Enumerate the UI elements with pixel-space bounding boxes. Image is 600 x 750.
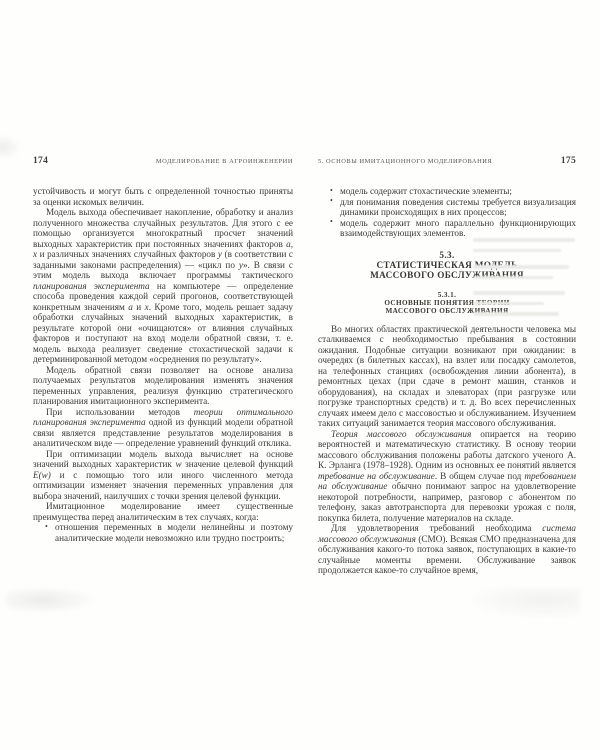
text-segment-italic: требование на обслуживание bbox=[318, 471, 435, 481]
text-segment: для понимания поведения системы требуетс… bbox=[340, 197, 576, 218]
bullet-item: •для понимания поведения системы требует… bbox=[328, 197, 576, 218]
text-segment: модель содержит много параллельно функци… bbox=[340, 218, 576, 239]
section-heading: 5.3. СТАТИСТИЧЕСКАЯ МОДЕЛЬ МАССОВОГО ОБС… bbox=[318, 250, 576, 280]
paragraph: Модель обратной связи позволяет на основ… bbox=[33, 365, 293, 407]
bullet-item: •отношения переменных в модели нелинейны… bbox=[43, 522, 293, 543]
right-running-head: 5. ОСНОВЫ ИМИТАЦИОННОГО МОДЕЛИРОВАНИЯ 17… bbox=[318, 156, 576, 167]
bullet-marker-icon: • bbox=[330, 217, 333, 228]
text-segment: При использовании методов bbox=[46, 407, 194, 417]
right-running-header: 5. ОСНОВЫ ИМИТАЦИОННОГО МОДЕЛИРОВАНИЯ bbox=[318, 158, 492, 165]
section-title-line: СТАТИСТИЧЕСКАЯ МОДЕЛЬ bbox=[318, 260, 576, 270]
subsection-number: 5.3.1. bbox=[318, 291, 576, 299]
paragraph: устойчивость и могут быть с определенной… bbox=[33, 186, 293, 207]
left-page-body: устойчивость и могут быть с определенной… bbox=[33, 186, 293, 543]
right-page: 5. ОСНОВЫ ИМИТАЦИОННОГО МОДЕЛИРОВАНИЯ 17… bbox=[318, 156, 576, 576]
section-number: 5.3. bbox=[318, 250, 576, 260]
bullet-marker-icon: • bbox=[45, 522, 48, 533]
text-segment: модель содержит стохастические элементы; bbox=[340, 186, 512, 196]
text-segment-italic: планирования эксперимента bbox=[33, 281, 150, 291]
subsection-heading: 5.3.1. ОСНОВНЫЕ ПОНЯТИЯ ТЕОРИИ МАССОВОГО… bbox=[318, 291, 576, 316]
scan-artifact bbox=[470, 588, 580, 618]
paragraph: Имитационное моделирование имеет существ… bbox=[33, 501, 293, 522]
right-page-body: Во многих областях практической деятельн… bbox=[318, 324, 576, 576]
bullet-item: •модель содержит стохастические элементы… bbox=[328, 186, 576, 197]
paragraph: Для удовлетворения требований необходима… bbox=[318, 523, 576, 576]
text-segment-italic: E(w) bbox=[33, 470, 51, 480]
text-segment: и bbox=[133, 302, 145, 312]
left-running-head: 174 МОДЕЛИРОВАНИЕ В АГРОИНЖЕНЕРИИ bbox=[33, 156, 293, 167]
bullet-marker-icon: • bbox=[330, 186, 333, 197]
bullet-marker-icon: • bbox=[330, 196, 333, 207]
text-segment: Для удовлетворения требований необходима bbox=[331, 523, 542, 533]
text-segment: Модель выхода обеспечивает накопление, о… bbox=[33, 207, 293, 249]
left-page-number: 174 bbox=[33, 156, 48, 166]
right-page-number: 175 bbox=[561, 156, 576, 166]
paragraph: Во многих областях практической деятельн… bbox=[318, 324, 576, 429]
text-segment: Модель обратной связи позволяет на основ… bbox=[33, 365, 293, 407]
paragraph: Теория массового обслуживания опирается … bbox=[318, 429, 576, 524]
section-title-line: МАССОВОГО ОБСЛУЖИВАНИЯ bbox=[318, 270, 576, 280]
paragraph: Модель выхода обеспечивает накопление, о… bbox=[33, 207, 293, 365]
text-segment: и различных значениях случайных факторов bbox=[37, 249, 218, 259]
right-page-bullet-list: •модель содержит стохастические элементы… bbox=[318, 186, 576, 239]
text-segment: и с помощью того или иного численного ме… bbox=[33, 470, 293, 501]
book-scan: 174 МОДЕЛИРОВАНИЕ В АГРОИНЖЕНЕРИИ устойч… bbox=[0, 0, 600, 750]
scan-artifact bbox=[0, 136, 20, 158]
subsection-title-line: МАССОВОГО ОБСЛУЖИВАНИЯ bbox=[318, 307, 576, 315]
text-segment: значение целевой функций bbox=[182, 459, 293, 469]
bullet-item: •модель содержит много параллельно функц… bbox=[328, 218, 576, 239]
left-running-header: МОДЕЛИРОВАНИЕ В АГРОИНЖЕНЕРИИ bbox=[156, 158, 293, 165]
text-segment: Имитационное моделирование имеет существ… bbox=[33, 501, 293, 522]
left-page: 174 МОДЕЛИРОВАНИЕ В АГРОИНЖЕНЕРИИ устойч… bbox=[33, 156, 293, 543]
text-segment: устойчивость и могут быть с определенной… bbox=[33, 186, 293, 207]
paragraph: При оптимизации модель выхода вычисляет … bbox=[33, 449, 293, 502]
subsection-title-line: ОСНОВНЫЕ ПОНЯТИЯ ТЕОРИИ bbox=[318, 299, 576, 307]
text-segment: Во многих областях практической деятельн… bbox=[318, 324, 576, 429]
text-segment: отношения переменных в модели нелинейны … bbox=[55, 522, 293, 543]
text-segment-italic: Теория массового обслуживания bbox=[331, 429, 471, 439]
scan-artifact bbox=[6, 586, 98, 614]
paragraph: При использовании методов теории оптимал… bbox=[33, 407, 293, 449]
text-segment: . В общем случае под bbox=[435, 471, 525, 481]
